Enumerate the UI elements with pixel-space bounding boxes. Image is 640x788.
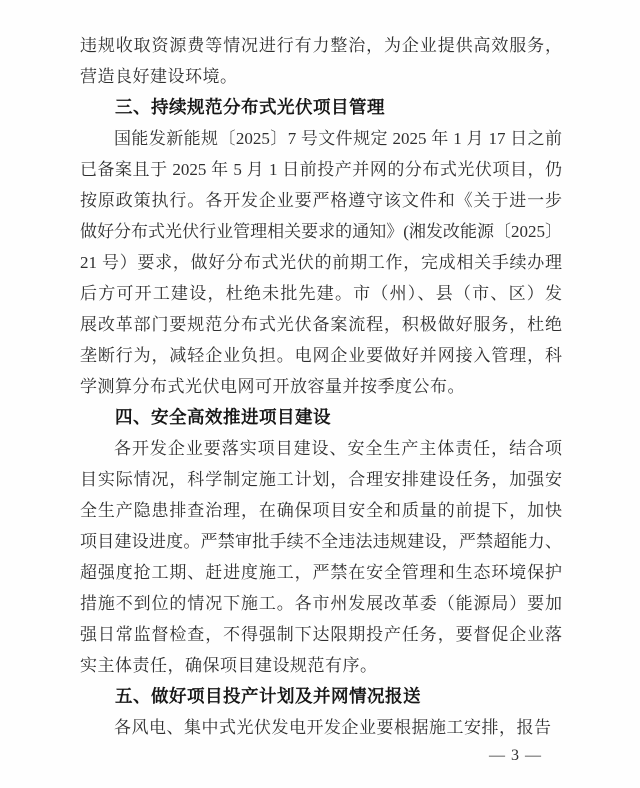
text-line: 措施不到位的情况下施工。各市州发展改革委（能源局）要加 [80,588,562,619]
text-line: 各开发企业要落实项目建设、安全生产主体责任，结合项 [80,433,562,464]
text-line: 垄断行为，减轻企业负担。电网企业要做好并网接入管理，科 [80,340,562,371]
document-lines: 违规收取资源费等情况进行有力整治，为企业提供高效服务，营造良好建设环境。三、持续… [80,30,562,743]
text-line: 全生产隐患排查治理，在确保项目安全和质量的前提下，加快 [80,495,562,526]
text-line: 国能发新能规〔2025〕7 号文件规定 2025 年 1 月 17 日之前 [80,123,562,154]
text-line: 目实际情况，科学制定施工计划，合理安排建设任务，加强安 [80,464,562,495]
text-line: 超强度抢工期、赶进度施工，严禁在安全管理和生态环境保护 [80,557,562,588]
text-line: 实主体责任，确保项目建设规范有序。 [80,650,562,681]
text-line: 按原政策执行。各开发企业要严格遵守该文件和《关于进一步 [80,185,562,216]
text-line: 违规收取资源费等情况进行有力整治，为企业提供高效服务， [80,30,562,61]
text-line: 做好分布式光伏行业管理相关要求的通知》(湘发改能源〔2025〕 [80,216,562,247]
document-page: 违规收取资源费等情况进行有力整治，为企业提供高效服务，营造良好建设环境。三、持续… [0,0,640,788]
text-line: 学测算分布式光伏电网可开放容量并按季度公布。 [80,371,562,402]
text-line: 各风电、集中式光伏发电开发企业要根据施工安排，报告 [80,712,562,743]
text-line: 21 号）要求，做好分布式光伏的前期工作，完成相关手续办理 [80,247,562,278]
text-line: 强日常监督检查，不得强制下达限期投产任务，要督促企业落 [80,619,562,650]
text-line: 营造良好建设环境。 [80,61,562,92]
page-number: — 3 — [80,747,562,765]
page-footer: — 3 — [80,743,562,765]
section-heading: 五、做好项目投产计划及并网情况报送 [80,681,562,712]
section-heading: 三、持续规范分布式光伏项目管理 [80,92,562,123]
text-line: 展改革部门要规范分布式光伏备案流程，积极做好服务，杜绝 [80,309,562,340]
text-line: 已备案且于 2025 年 5 月 1 日前投产并网的分布式光伏项目，仍 [80,154,562,185]
section-heading: 四、安全高效推进项目建设 [80,402,562,433]
text-line: 项目建设进度。严禁审批手续不全违法违规建设，严禁超能力、 [80,526,562,557]
text-line: 后方可开工建设，杜绝未批先建。市（州）、县（市、区）发 [80,278,562,309]
